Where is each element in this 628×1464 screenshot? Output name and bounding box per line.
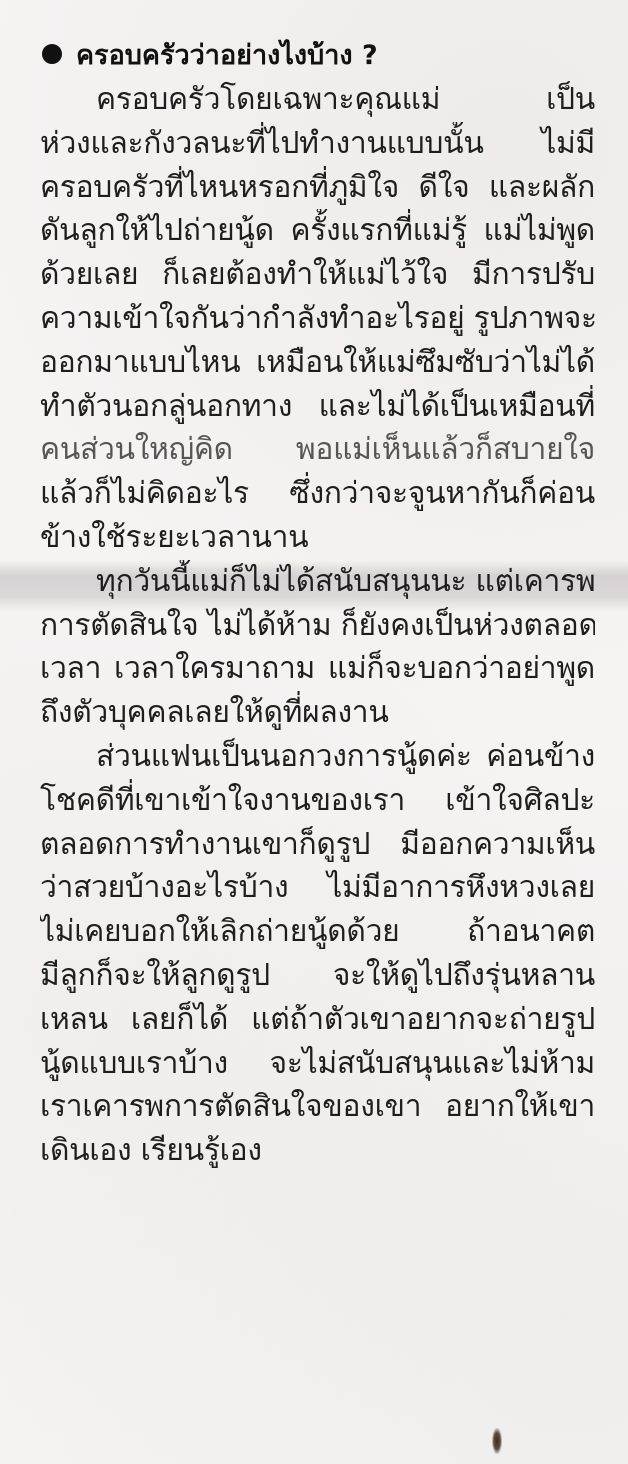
text-line: คนส่วนใหญ่คิด พอแม่เห็นแล้วก็สบายใจ	[40, 428, 595, 472]
text-line: ข้างใช้ระยะเวลานาน	[40, 516, 595, 560]
section-heading-text: ครอบครัวว่าอย่างไงบ้าง ?	[76, 33, 378, 76]
text-line: ด้วยเลย ก็เลยต้องทำให้แม่ไว้ใจ มีการปรับ	[40, 253, 595, 297]
text-line: ออกมาแบบไหน เหมือนให้แม่ซึมซับว่าไม่ได้	[40, 341, 595, 385]
text-line: เราเคารพการตัดสินใจของเขา อยากให้เขา	[40, 1085, 595, 1129]
paragraph-1: ครอบครัวโดยเฉพาะคุณแม่ เป็น ห่วงและกังวล…	[40, 78, 595, 560]
text-line: โชคดีที่เขาเข้าใจงานของเรา เข้าใจศิลปะ	[40, 779, 595, 823]
text-line: ถึงตัวบุคคลเลยให้ดูที่ผลงาน	[40, 691, 595, 735]
text-line: แล้วก็ไม่คิดอะไร ซึ่งกว่าจะจูนหากันก็ค่อ…	[40, 472, 595, 516]
text-line: ดันลูกให้ไปถ่ายนู้ด ครั้งแรกที่แม่รู้ แม…	[40, 209, 595, 253]
text-line: ห่วงและกังวลนะที่ไปทำงานแบบนั้น ไม่มี	[40, 122, 595, 166]
text-line: ทำตัวนอกลู่นอกทาง และไม่ได้เป็นเหมือนที่	[40, 385, 595, 429]
text-line: เวลา เวลาใครมาถาม แม่ก็จะบอกว่าอย่าพูด	[40, 647, 595, 691]
text-line: มีลูกก็จะให้ลูกดูรูป จะให้ดูไปถึงรุ่นหลา…	[40, 954, 595, 998]
text-line: นู้ดแบบเราบ้าง จะไม่สนับสนุนและไม่ห้าม	[40, 1042, 595, 1086]
ink-speck	[492, 1428, 502, 1454]
text-line: ส่วนแฟนเป็นนอกวงการนู้ดค่ะ ค่อนข้าง	[40, 735, 595, 779]
article-column: ครอบครัวว่าอย่างไงบ้าง ? ครอบครัวโดยเฉพา…	[40, 30, 595, 1173]
bullet-icon	[42, 44, 62, 64]
text-line: ไม่เคยบอกให้เลิกถ่ายนู้ดด้วย ถ้าอนาคต	[40, 910, 595, 954]
text-line: ว่าสวยบ้างอะไรบ้าง ไม่มีอาการหึงหวงเลย	[40, 866, 595, 910]
text-line: ตลอดการทำงานเขาก็ดูรูป มีออกความเห็น	[40, 823, 595, 867]
text-line: เหลน เลยก็ได้ แต่ถ้าตัวเขาอยากจะถ่ายรูป	[40, 998, 595, 1042]
text-line: ความเข้าใจกันว่ากำลังทำอะไรอยู่ รูปภาพจะ	[40, 297, 595, 341]
text-line: ครอบครัวโดยเฉพาะคุณแม่ เป็น	[40, 78, 595, 122]
paragraph-2: ทุกวันนี้แม่ก็ไม่ได้สนับสนุนนะ แต่เคารพ …	[40, 560, 595, 735]
text-line: การตัดสินใจ ไม่ได้ห้าม ก็ยังคงเป็นห่วงตล…	[40, 604, 595, 648]
text-line: ทุกวันนี้แม่ก็ไม่ได้สนับสนุนนะ แต่เคารพ	[40, 560, 595, 604]
text-line: ครอบครัวที่ไหนหรอกที่ภูมิใจ ดีใจ และผลัก	[40, 166, 595, 210]
section-heading: ครอบครัวว่าอย่างไงบ้าง ?	[42, 30, 595, 78]
text-line: เดินเอง เรียนรู้เอง	[40, 1129, 595, 1173]
paragraph-3: ส่วนแฟนเป็นนอกวงการนู้ดค่ะ ค่อนข้าง โชคด…	[40, 735, 595, 1173]
